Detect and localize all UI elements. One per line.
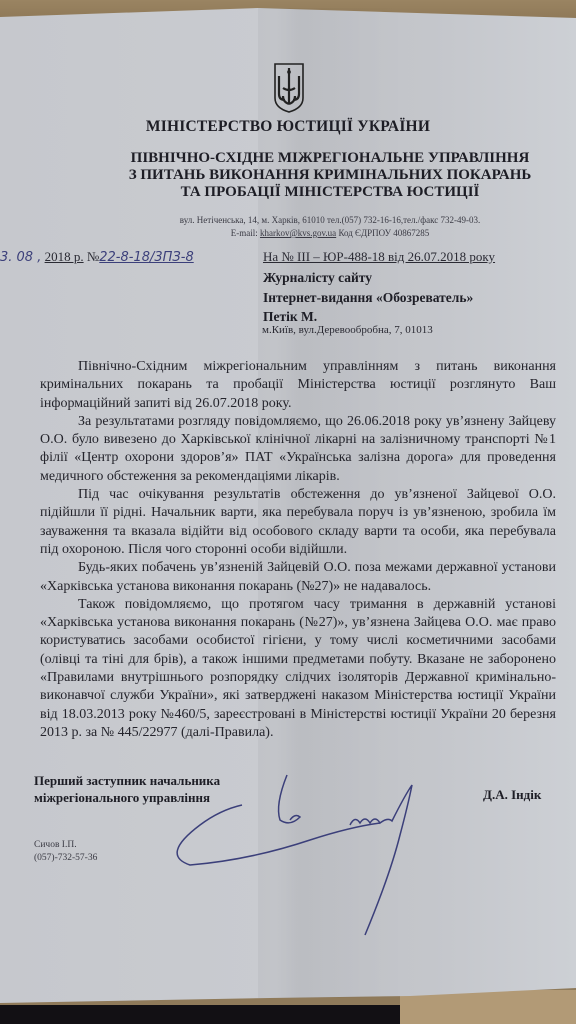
- recipient-block: Журналісту сайту Інтернет-видання «Обозр…: [263, 268, 473, 327]
- edrpou-code: Код ЄДРПОУ 40867285: [336, 228, 429, 238]
- email-link[interactable]: kharkov@kvs.gov.ua: [260, 228, 336, 238]
- recipient-line: Журналісту сайту: [263, 268, 473, 288]
- reference-number: На № ІІІ – ЮР-488-18 від 26.07.2018 року: [263, 249, 495, 265]
- executor-name: Сичов І.П.: [34, 839, 97, 852]
- recipient-address: м.Київ, вул.Деревообробна, 7, 01013: [262, 324, 433, 336]
- directorate-line: ТА ПРОБАЦІЇ МІНІСТЕРСТВА ЮСТИЦІЇ: [120, 184, 540, 201]
- address-phone: вул. Нетіченська, 14, м. Харків, 61010 т…: [120, 214, 540, 227]
- recipient-line: Інтернет-видання «Обозреватель»: [263, 288, 473, 308]
- body-paragraph: Будь-яких побачень ув’язненій Зайцевій О…: [40, 559, 556, 596]
- executor-block: Сичов І.П. (057)-732-57-36: [34, 839, 97, 865]
- directorate-line: ПІВНІЧНО-СХІДНЕ МІЖРЕГІОНАЛЬНЕ УПРАВЛІНН…: [120, 150, 540, 167]
- directorate-line: З ПИТАНЬ ВИКОНАННЯ КРИМІНАЛЬНИХ ПОКАРАНЬ: [120, 167, 540, 184]
- outgoing-year: 2018 р.: [45, 249, 84, 264]
- contact-block: вул. Нетіченська, 14, м. Харків, 61010 т…: [120, 214, 540, 240]
- body-paragraph: За результатами розгляду повідомляємо, щ…: [40, 413, 556, 486]
- email-label: E-mail:: [231, 228, 260, 238]
- email-line: E-mail: kharkov@kvs.gov.ua Код ЄДРПОУ 40…: [120, 227, 540, 240]
- outgoing-number: 3. 08 , 2018 р. №22-8-18/3ПЗ-8: [0, 249, 194, 265]
- letter-body: Північно-Східним міжрегіональним управлі…: [40, 358, 556, 742]
- body-paragraph: Північно-Східним міжрегіональним управлі…: [40, 358, 556, 413]
- body-paragraph: Також повідомляємо, що протягом часу три…: [40, 596, 556, 742]
- outgoing-number-value: 22-8-18/3ПЗ-8: [99, 250, 193, 265]
- outgoing-day-month: 3. 08 ,: [0, 250, 41, 265]
- handwritten-signature: [150, 765, 450, 965]
- directorate-title: ПІВНІЧНО-СХІДНЕ МІЖРЕГІОНАЛЬНЕ УПРАВЛІНН…: [120, 150, 540, 201]
- ukraine-trident-icon: [273, 62, 305, 114]
- body-paragraph: Під час очікування результатів обстеженн…: [40, 486, 556, 559]
- outgoing-number-label: №: [87, 249, 99, 264]
- ministry-title: МІНІСТЕРСТВО ЮСТИЦІЇ УКРАЇНИ: [0, 118, 576, 136]
- dark-background: [0, 1005, 400, 1024]
- signatory-name: Д.А. Індік: [483, 787, 541, 803]
- executor-phone: (057)-732-57-36: [34, 852, 97, 865]
